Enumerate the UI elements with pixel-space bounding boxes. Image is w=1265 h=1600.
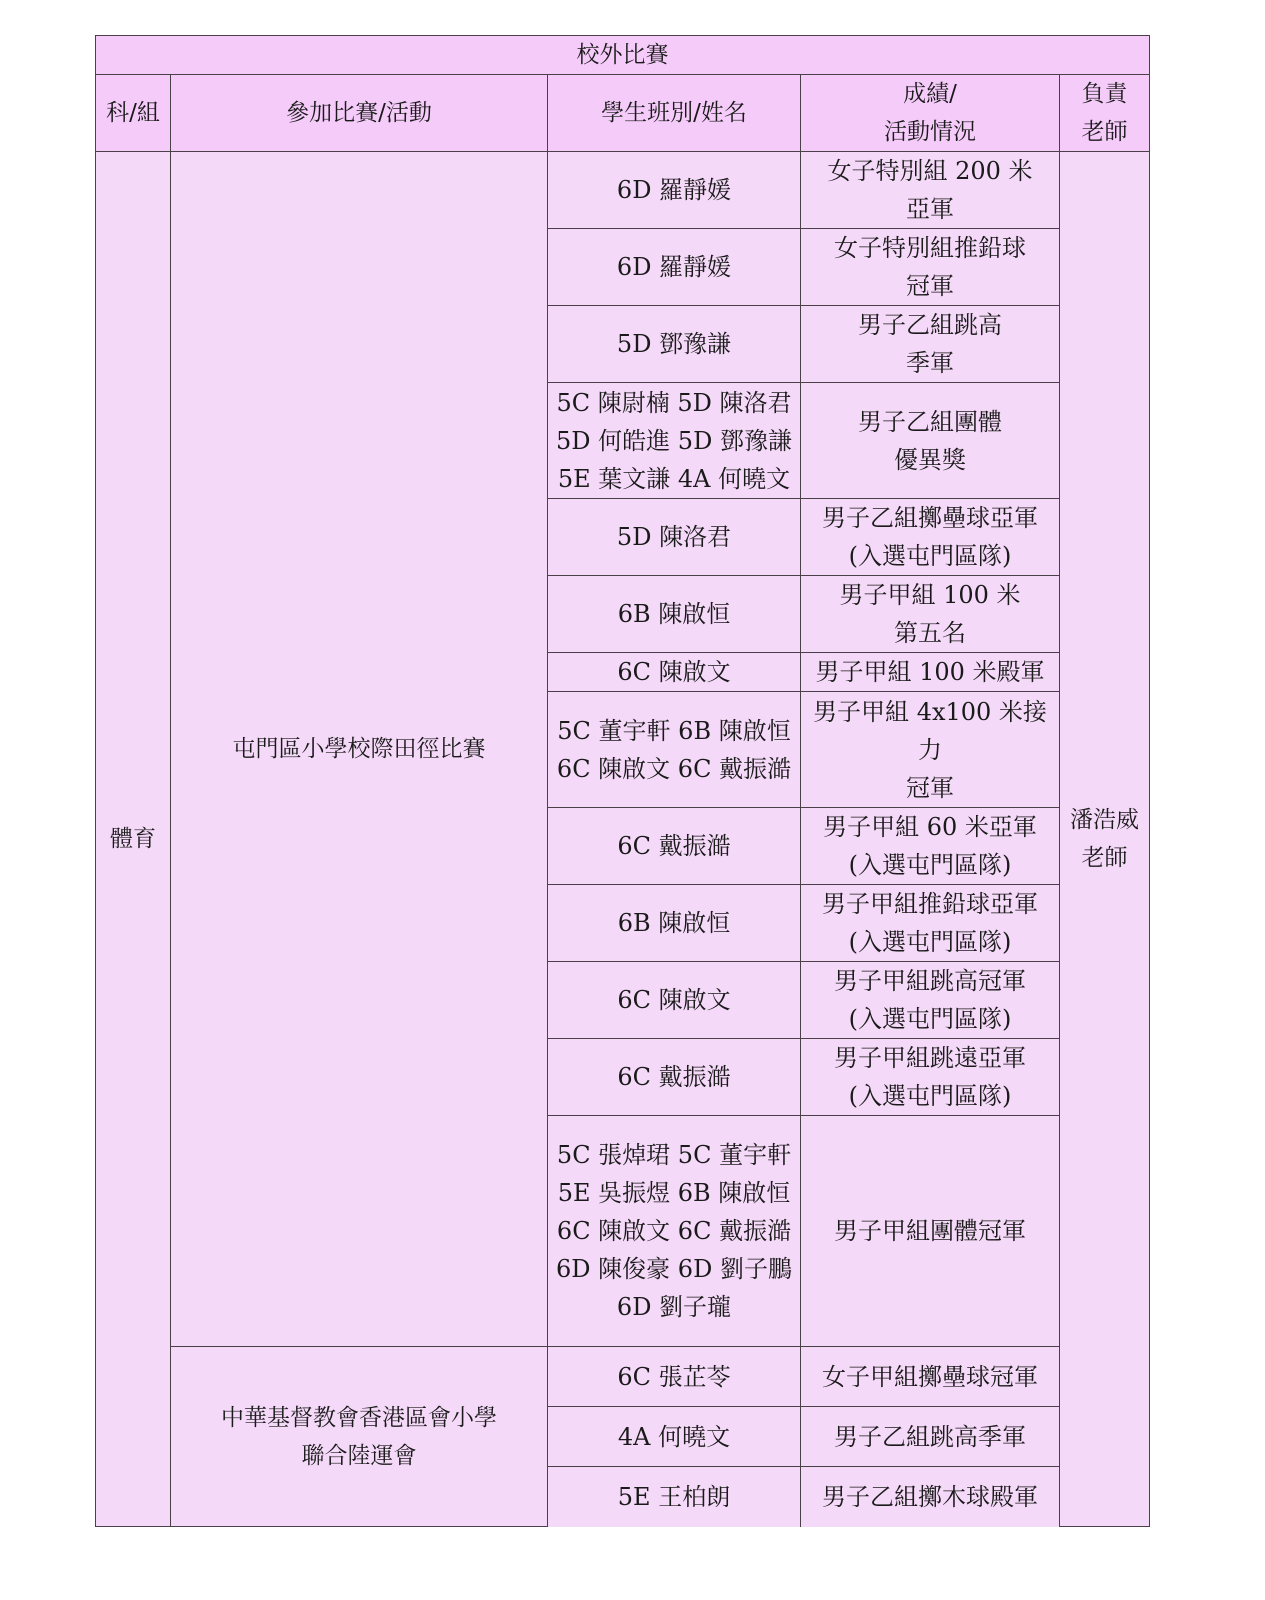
result-cell: 男子乙組擲木球殿軍: [801, 1467, 1060, 1527]
result-cell: 女子甲組擲壘球冠軍: [801, 1347, 1060, 1407]
result-line: 女子甲組擲壘球冠軍: [805, 1358, 1055, 1396]
student-line: 6D 劉子瓏: [552, 1288, 796, 1326]
student-line: 5E 王柏朗: [552, 1478, 796, 1516]
student-cell: 6C 陳啟文: [548, 653, 801, 692]
result-cell: 男子甲組跳高冠軍(入選屯門區隊): [801, 962, 1060, 1039]
student-line: 4A 何曉文: [552, 1418, 796, 1456]
student-line: 6D 羅靜媛: [552, 171, 796, 209]
student-line: 5E 吳振煜 6B 陳啟恒: [552, 1174, 796, 1212]
student-line: 6C 陳啟文: [552, 981, 796, 1019]
header-result-line1: 成績/: [805, 75, 1055, 113]
header-teacher-line1: 負責: [1064, 75, 1145, 113]
result-line: 冠軍: [805, 769, 1055, 807]
student-cell: 6B 陳啟恒: [548, 885, 801, 962]
student-line: 6C 陳啟文 6C 戴振澔: [552, 1212, 796, 1250]
student-cell: 6C 張芷苓: [548, 1347, 801, 1407]
header-teacher: 負責 老師: [1060, 75, 1150, 152]
student-cell: 5E 王柏朗: [548, 1467, 801, 1527]
student-cell: 6C 戴振澔: [548, 1039, 801, 1116]
result-cell: 男子甲組 100 米殿軍: [801, 653, 1060, 692]
student-line: 6C 戴振澔: [552, 1058, 796, 1096]
result-cell: 男子甲組 4x100 米接力冠軍: [801, 692, 1060, 808]
activity-cell: 中華基督教會香港區會小學聯合陸運會: [171, 1347, 548, 1527]
table-title-row: 校外比賽: [96, 36, 1150, 75]
awards-document: 校外比賽 科/組 參加比賽/活動 學生班別/姓名 成績/ 活動情況 負責 老師 …: [95, 35, 1149, 1527]
student-cell: 5C 陳尉楠 5D 陳洛君5D 何皓進 5D 鄧豫謙5E 葉文謙 4A 何曉文: [548, 383, 801, 499]
teacher-line: 潘浩威: [1064, 801, 1145, 839]
student-line: 6C 陳啟文: [552, 653, 796, 691]
activity-line: 中華基督教會香港區會小學: [175, 1399, 543, 1437]
result-cell: 男子乙組團體優異獎: [801, 383, 1060, 499]
student-line: 5C 張焯珺 5C 董宇軒: [552, 1136, 796, 1174]
result-line: 男子乙組跳高: [805, 306, 1055, 344]
result-cell: 男子甲組 60 米亞軍(入選屯門區隊): [801, 808, 1060, 885]
student-line: 6D 羅靜媛: [552, 248, 796, 286]
result-cell: 男子乙組跳高季軍: [801, 1407, 1060, 1467]
result-line: 亞軍: [805, 190, 1055, 228]
student-line: 5C 董宇軒 6B 陳啟恒: [552, 712, 796, 750]
result-line: 冠軍: [805, 267, 1055, 305]
header-subject: 科/組: [96, 75, 171, 152]
activity-line: 聯合陸運會: [175, 1437, 543, 1475]
result-line: 男子甲組推鉛球亞軍: [805, 885, 1055, 923]
result-line: (入選屯門區隊): [805, 1000, 1055, 1038]
result-line: 第五名: [805, 614, 1055, 652]
student-cell: 5D 陳洛君: [548, 499, 801, 576]
student-line: 5D 鄧豫謙: [552, 325, 796, 363]
result-cell: 男子甲組推鉛球亞軍(入選屯門區隊): [801, 885, 1060, 962]
result-line: 男子乙組團體: [805, 403, 1055, 441]
result-line: (入選屯門區隊): [805, 537, 1055, 575]
result-cell: 男子乙組擲壘球亞軍(入選屯門區隊): [801, 499, 1060, 576]
student-cell: 6C 陳啟文: [548, 962, 801, 1039]
student-cell: 5C 張焯珺 5C 董宇軒5E 吳振煜 6B 陳啟恒6C 陳啟文 6C 戴振澔6…: [548, 1116, 801, 1347]
activity-cell: 屯門區小學校際田徑比賽: [171, 152, 548, 1347]
student-line: 6B 陳啟恒: [552, 904, 796, 942]
result-cell: 女子特別組 200 米亞軍: [801, 152, 1060, 229]
student-cell: 6D 羅靜媛: [548, 152, 801, 229]
result-cell: 男子甲組跳遠亞軍(入選屯門區隊): [801, 1039, 1060, 1116]
student-cell: 5D 鄧豫謙: [548, 306, 801, 383]
result-line: 女子特別組 200 米: [805, 152, 1055, 190]
result-line: 男子乙組跳高季軍: [805, 1418, 1055, 1456]
result-line: 女子特別組推鉛球: [805, 229, 1055, 267]
result-line: 男子甲組 100 米殿軍: [805, 653, 1055, 691]
student-line: 5C 陳尉楠 5D 陳洛君: [552, 384, 796, 422]
student-line: 5E 葉文謙 4A 何曉文: [552, 460, 796, 498]
student-line: 6D 陳俊豪 6D 劉子鵬: [552, 1250, 796, 1288]
student-line: 5D 何皓進 5D 鄧豫謙: [552, 422, 796, 460]
teacher-line: 老師: [1064, 839, 1145, 877]
result-line: 男子乙組擲木球殿軍: [805, 1478, 1055, 1516]
result-line: (入選屯門區隊): [805, 1077, 1055, 1115]
result-line: 優異獎: [805, 441, 1055, 479]
student-line: 6B 陳啟恒: [552, 595, 796, 633]
student-line: 6C 陳啟文 6C 戴振澔: [552, 750, 796, 788]
header-student: 學生班別/姓名: [548, 75, 801, 152]
student-cell: 6B 陳啟恒: [548, 576, 801, 653]
result-cell: 男子甲組團體冠軍: [801, 1116, 1060, 1347]
student-cell: 6D 羅靜媛: [548, 229, 801, 306]
activity-line: 屯門區小學校際田徑比賽: [175, 730, 543, 768]
table-row: 體育屯門區小學校際田徑比賽6D 羅靜媛女子特別組 200 米亞軍潘浩威老師: [96, 152, 1150, 229]
table-title: 校外比賽: [96, 36, 1150, 75]
result-line: 男子甲組 100 米: [805, 576, 1055, 614]
subject-cell: 體育: [96, 152, 171, 1527]
result-line: 季軍: [805, 344, 1055, 382]
result-line: (入選屯門區隊): [805, 923, 1055, 961]
result-line: (入選屯門區隊): [805, 846, 1055, 884]
result-line: 男子甲組跳遠亞軍: [805, 1039, 1055, 1077]
result-line: 男子甲組 4x100 米接: [805, 693, 1055, 731]
header-result-line2: 活動情況: [805, 113, 1055, 151]
header-teacher-line2: 老師: [1064, 113, 1145, 151]
result-line: 力: [805, 731, 1055, 769]
teacher-cell: 潘浩威老師: [1060, 152, 1150, 1527]
student-cell: 5C 董宇軒 6B 陳啟恒6C 陳啟文 6C 戴振澔: [548, 692, 801, 808]
result-line: 男子甲組團體冠軍: [805, 1212, 1055, 1250]
result-cell: 男子乙組跳高季軍: [801, 306, 1060, 383]
result-cell: 男子甲組 100 米第五名: [801, 576, 1060, 653]
student-cell: 6C 戴振澔: [548, 808, 801, 885]
result-line: 男子甲組跳高冠軍: [805, 962, 1055, 1000]
student-line: 6C 張芷苓: [552, 1358, 796, 1396]
header-activity: 參加比賽/活動: [171, 75, 548, 152]
student-line: 5D 陳洛君: [552, 518, 796, 556]
result-line: 男子乙組擲壘球亞軍: [805, 499, 1055, 537]
column-header-row: 科/組 參加比賽/活動 學生班別/姓名 成績/ 活動情況 負責 老師: [96, 75, 1150, 152]
result-cell: 女子特別組推鉛球冠軍: [801, 229, 1060, 306]
header-result: 成績/ 活動情況: [801, 75, 1060, 152]
student-cell: 4A 何曉文: [548, 1407, 801, 1467]
external-competitions-table: 校外比賽 科/組 參加比賽/活動 學生班別/姓名 成績/ 活動情況 負責 老師 …: [95, 35, 1150, 1527]
student-line: 6C 戴振澔: [552, 827, 796, 865]
result-line: 男子甲組 60 米亞軍: [805, 808, 1055, 846]
table-row: 中華基督教會香港區會小學聯合陸運會6C 張芷苓女子甲組擲壘球冠軍: [96, 1347, 1150, 1407]
